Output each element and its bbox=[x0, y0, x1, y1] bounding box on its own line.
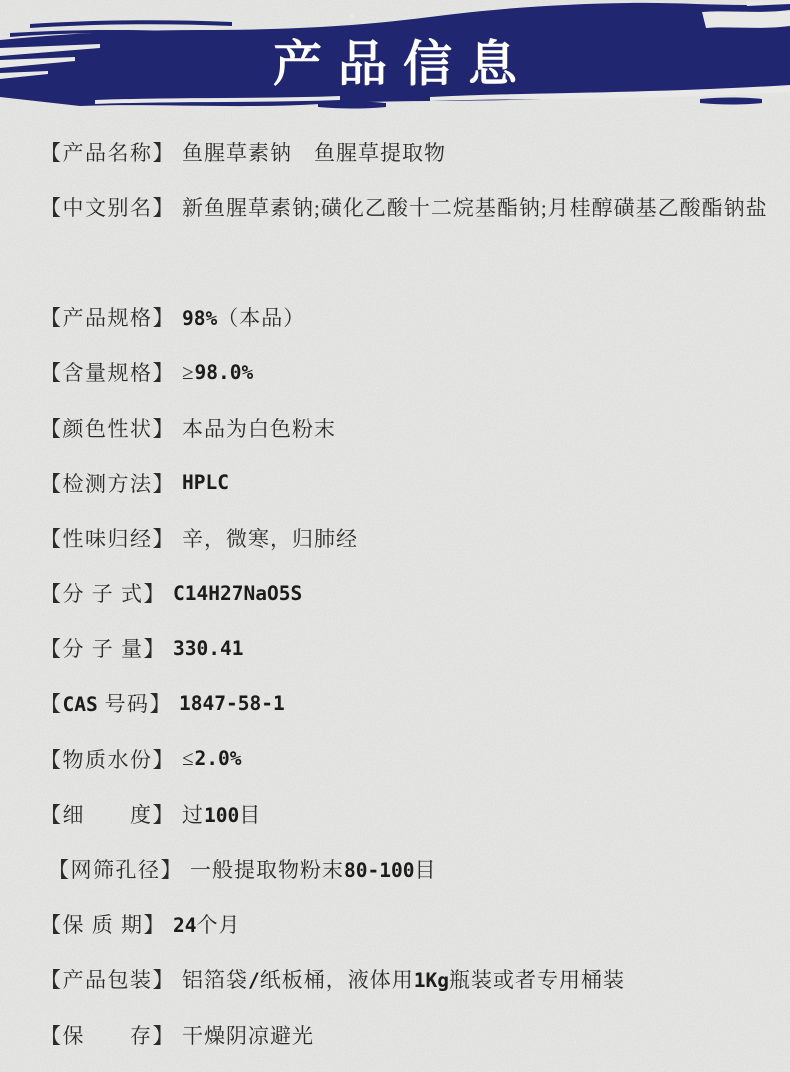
field-value: 辛，微寒，归肺经 bbox=[182, 523, 358, 553]
field-label: 【保 存】 bbox=[40, 1020, 175, 1050]
product-banner: 产品信息 bbox=[0, 0, 790, 118]
field-label: 【物质水份】 bbox=[40, 744, 175, 774]
field-value: 98%（本品） bbox=[182, 302, 305, 332]
field-value: 一般提取物粉末80-100目 bbox=[190, 854, 437, 884]
field-label: 【细 度】 bbox=[40, 799, 175, 829]
field-label: 【检测方法】 bbox=[40, 468, 175, 498]
field-label: 【分 子 量】 bbox=[40, 633, 166, 663]
product-info-row: 【产品规格】 98%（本品） bbox=[40, 290, 760, 345]
product-info-row: 【颜色性状】 本品为白色粉末 bbox=[40, 400, 760, 455]
product-info-row: 【检测方法】 HPLC bbox=[40, 455, 760, 510]
field-value: 过100目 bbox=[182, 799, 261, 829]
field-label: 【产品名称】 bbox=[40, 137, 175, 167]
field-value: 新鱼腥草素钠;磺化乙酸十二烷基酯钠;月桂醇磺基乙酸酯钠盐 bbox=[182, 192, 768, 222]
product-info-row: 【分 子 式】 C14H27NaO5S bbox=[40, 566, 760, 621]
field-label: 【含量规格】 bbox=[40, 357, 175, 387]
product-info-row: 【细 度】 过100目 bbox=[40, 786, 760, 841]
product-info-row: 【网筛孔径】 一般提取物粉末80-100目 bbox=[40, 841, 760, 896]
product-info-row: 【中文别名】 新鱼腥草素钠;磺化乙酸十二烷基酯钠;月桂醇磺基乙酸酯钠盐 bbox=[40, 179, 760, 234]
field-label: 【性味归经】 bbox=[40, 523, 175, 553]
row-gap bbox=[40, 234, 760, 289]
product-info-row: 【含量规格】 ≥98.0% bbox=[40, 345, 760, 400]
field-value: 干燥阴凉避光 bbox=[182, 1020, 314, 1050]
field-label: 【颜色性状】 bbox=[40, 413, 175, 443]
product-info-row: 【性味归经】 辛，微寒，归肺经 bbox=[40, 510, 760, 565]
field-value: 1847-58-1 bbox=[179, 691, 285, 716]
field-label: 【网筛孔径】 bbox=[48, 854, 183, 884]
field-value: 鱼腥草素钠 鱼腥草提取物 bbox=[182, 137, 446, 167]
page-title: 产品信息 bbox=[257, 25, 533, 95]
product-info-row: 【分 子 量】 330.41 bbox=[40, 621, 760, 676]
product-info-row: 【CAS 号码】 1847-58-1 bbox=[40, 676, 760, 731]
field-value: ≤2.0% bbox=[182, 746, 242, 771]
product-info-page: { "colors": { "page_bg": "#e8e8e6", "ban… bbox=[0, 0, 790, 1072]
product-info-row: 【保 存】 干燥阴凉避光 bbox=[40, 1007, 760, 1062]
field-label: 【产品包装】 bbox=[40, 964, 175, 994]
field-label: 【分 子 式】 bbox=[40, 578, 166, 608]
field-value: 330.41 bbox=[173, 636, 244, 661]
product-info-row: 【产品名称】 鱼腥草素钠 鱼腥草提取物 bbox=[40, 124, 760, 179]
field-label: 【保 质 期】 bbox=[40, 909, 166, 939]
field-value: ≥98.0% bbox=[182, 360, 253, 385]
field-value: 本品为白色粉末 bbox=[182, 413, 336, 443]
product-info-row: 【物质水份】 ≤2.0% bbox=[40, 731, 760, 786]
product-info-row: 【保 质 期】 24个月 bbox=[40, 897, 760, 952]
field-label: 【CAS 号码】 bbox=[40, 688, 172, 718]
field-value: HPLC bbox=[182, 470, 229, 495]
product-info-list: 【产品名称】 鱼腥草素钠 鱼腥草提取物 【中文别名】 新鱼腥草素钠;磺化乙酸十二… bbox=[0, 118, 790, 1062]
field-value: 24个月 bbox=[173, 909, 241, 939]
field-label: 【产品规格】 bbox=[40, 302, 175, 332]
field-label: 【中文别名】 bbox=[40, 192, 175, 222]
product-info-row: 【产品包装】 铝箔袋/纸板桶，液体用1Kg瓶装或者专用桶装 bbox=[40, 952, 760, 1007]
field-value: C14H27NaO5S bbox=[173, 581, 302, 606]
field-value: 铝箔袋/纸板桶，液体用1Kg瓶装或者专用桶装 bbox=[182, 964, 625, 994]
